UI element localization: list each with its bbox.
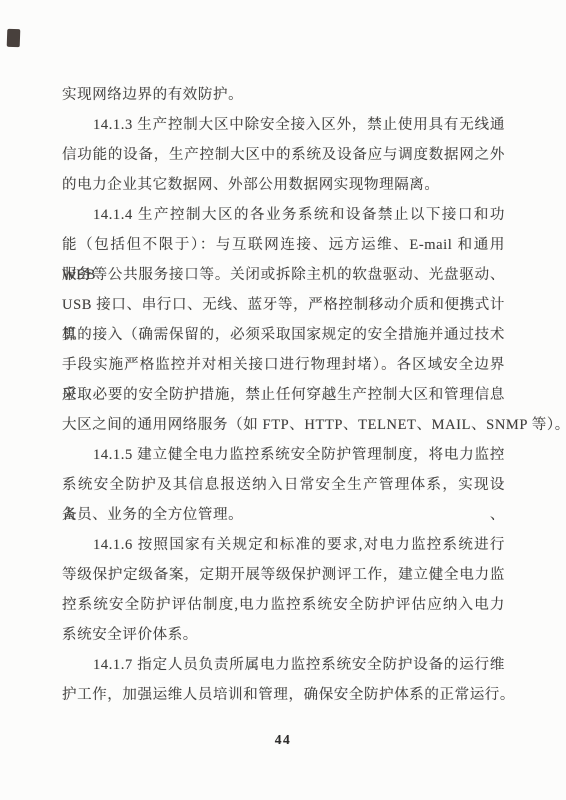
text-line: 14.1.4 生产控制大区的各业务系统和设备禁止以下接口和功: [62, 200, 505, 230]
text-line: 的电力企业其它数据网、外部公用数据网实现物理隔离。: [62, 170, 505, 200]
text-line: 实现网络边界的有效防护。: [62, 80, 505, 110]
text-line: 14.1.5 建立健全电力监控系统安全防护管理制度，将电力监控: [62, 440, 505, 470]
text-line: 能（包括但不限于）：与互联网连接、远方运维、E-mail 和通用 WEB: [62, 230, 505, 260]
text-line: 手段实施严格监控并对相关接口进行物理封堵）。各区域安全边界应: [62, 350, 505, 380]
text-line: 大区之间的通用网络服务（如 FTP、HTTP、TELNET、MAIL、SNMP …: [62, 410, 505, 440]
text-line: 等级保护定级备案，定期开展等级保护测评工作，建立健全电力监: [62, 560, 505, 590]
text-line: 护工作，加强运维人员培训和管理，确保安全防护体系的正常运行。: [62, 680, 505, 710]
text-line: 机的接入（确需保留的，必须采取国家规定的安全措施并通过技术: [62, 320, 505, 350]
text-line: 系统安全评价体系。: [62, 620, 505, 650]
document-body: 实现网络边界的有效防护。14.1.3 生产控制大区中除安全接入区外，禁止使用具有…: [62, 80, 505, 710]
text-line: 系统安全防护及其信息报送纳入日常安全生产管理体系，实现设备、: [62, 470, 505, 500]
page-number: 44: [0, 732, 566, 748]
document-page: 实现网络边界的有效防护。14.1.3 生产控制大区中除安全接入区外，禁止使用具有…: [0, 0, 566, 800]
text-line: 14.1.6 按照国家有关规定和标准的要求,对电力监控系统进行: [62, 530, 505, 560]
text-line: USB 接口、串行口、无线、蓝牙等，严格控制移动介质和便携式计算: [62, 290, 505, 320]
text-line: 采取必要的安全防护措施，禁止任何穿越生产控制大区和管理信息: [62, 380, 505, 410]
text-line: 控系统安全防护评估制度,电力监控系统安全防护评估应纳入电力: [62, 590, 505, 620]
text-line: 14.1.7 指定人员负责所属电力监控系统安全防护设备的运行维: [62, 650, 505, 680]
scan-artifact-mark: [7, 29, 21, 47]
text-line: 服务等公共服务接口等。关闭或拆除主机的软盘驱动、光盘驱动、: [62, 260, 505, 290]
text-line: 信功能的设备，生产控制大区中的系统及设备应与调度数据网之外: [62, 140, 505, 170]
text-line: 14.1.3 生产控制大区中除安全接入区外，禁止使用具有无线通: [62, 110, 505, 140]
